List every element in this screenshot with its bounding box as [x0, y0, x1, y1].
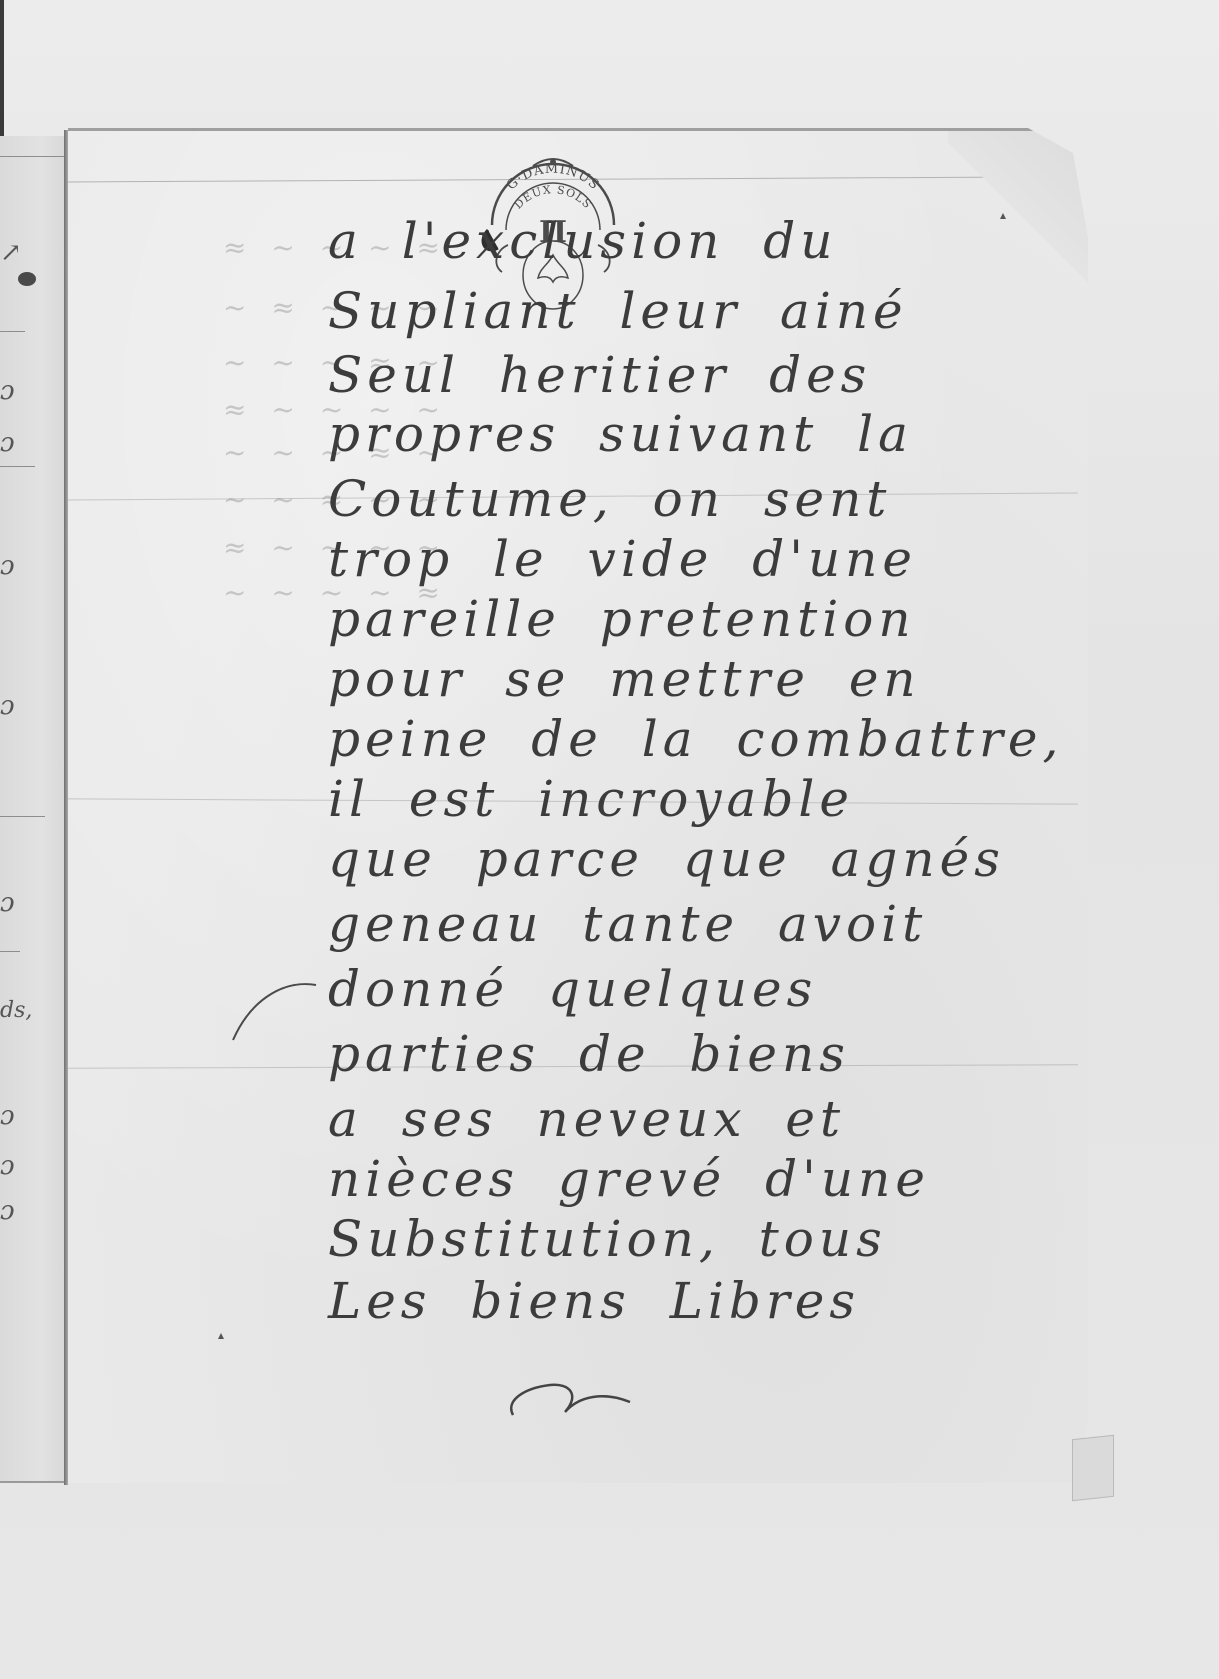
text-line: parties de biens: [328, 1025, 850, 1083]
text-line: propres suivant la: [328, 405, 913, 463]
text-line: donné quelques: [328, 960, 817, 1018]
text-line: a ses neveux et: [328, 1090, 845, 1148]
torn-corner: [1072, 1435, 1114, 1501]
text-line: Coutume, on sent: [328, 470, 891, 528]
text-line: nièces grevé d'une: [328, 1150, 930, 1208]
text-line: peine de la combattre,: [328, 710, 1063, 768]
text-line: pareille pretention: [328, 590, 916, 648]
text-line: geneau tante avoit: [328, 895, 927, 953]
text-line: que parce que agnés: [328, 830, 1005, 888]
closing-flourish-icon: [505, 1380, 635, 1430]
text-line: Substitution, tous: [328, 1210, 887, 1268]
margin-flourish-icon: [228, 975, 318, 1045]
text-line: a l'exclusion du: [328, 212, 837, 270]
text-line: trop le vide d'une: [328, 530, 917, 588]
text-line: pour se mettre en: [328, 650, 921, 708]
text-line: Supliant leur ainé: [328, 282, 908, 340]
text-line: il est incroyable: [328, 770, 854, 828]
text-line: Seul heritier des: [328, 346, 871, 404]
text-line: Les biens Libres: [328, 1272, 860, 1330]
